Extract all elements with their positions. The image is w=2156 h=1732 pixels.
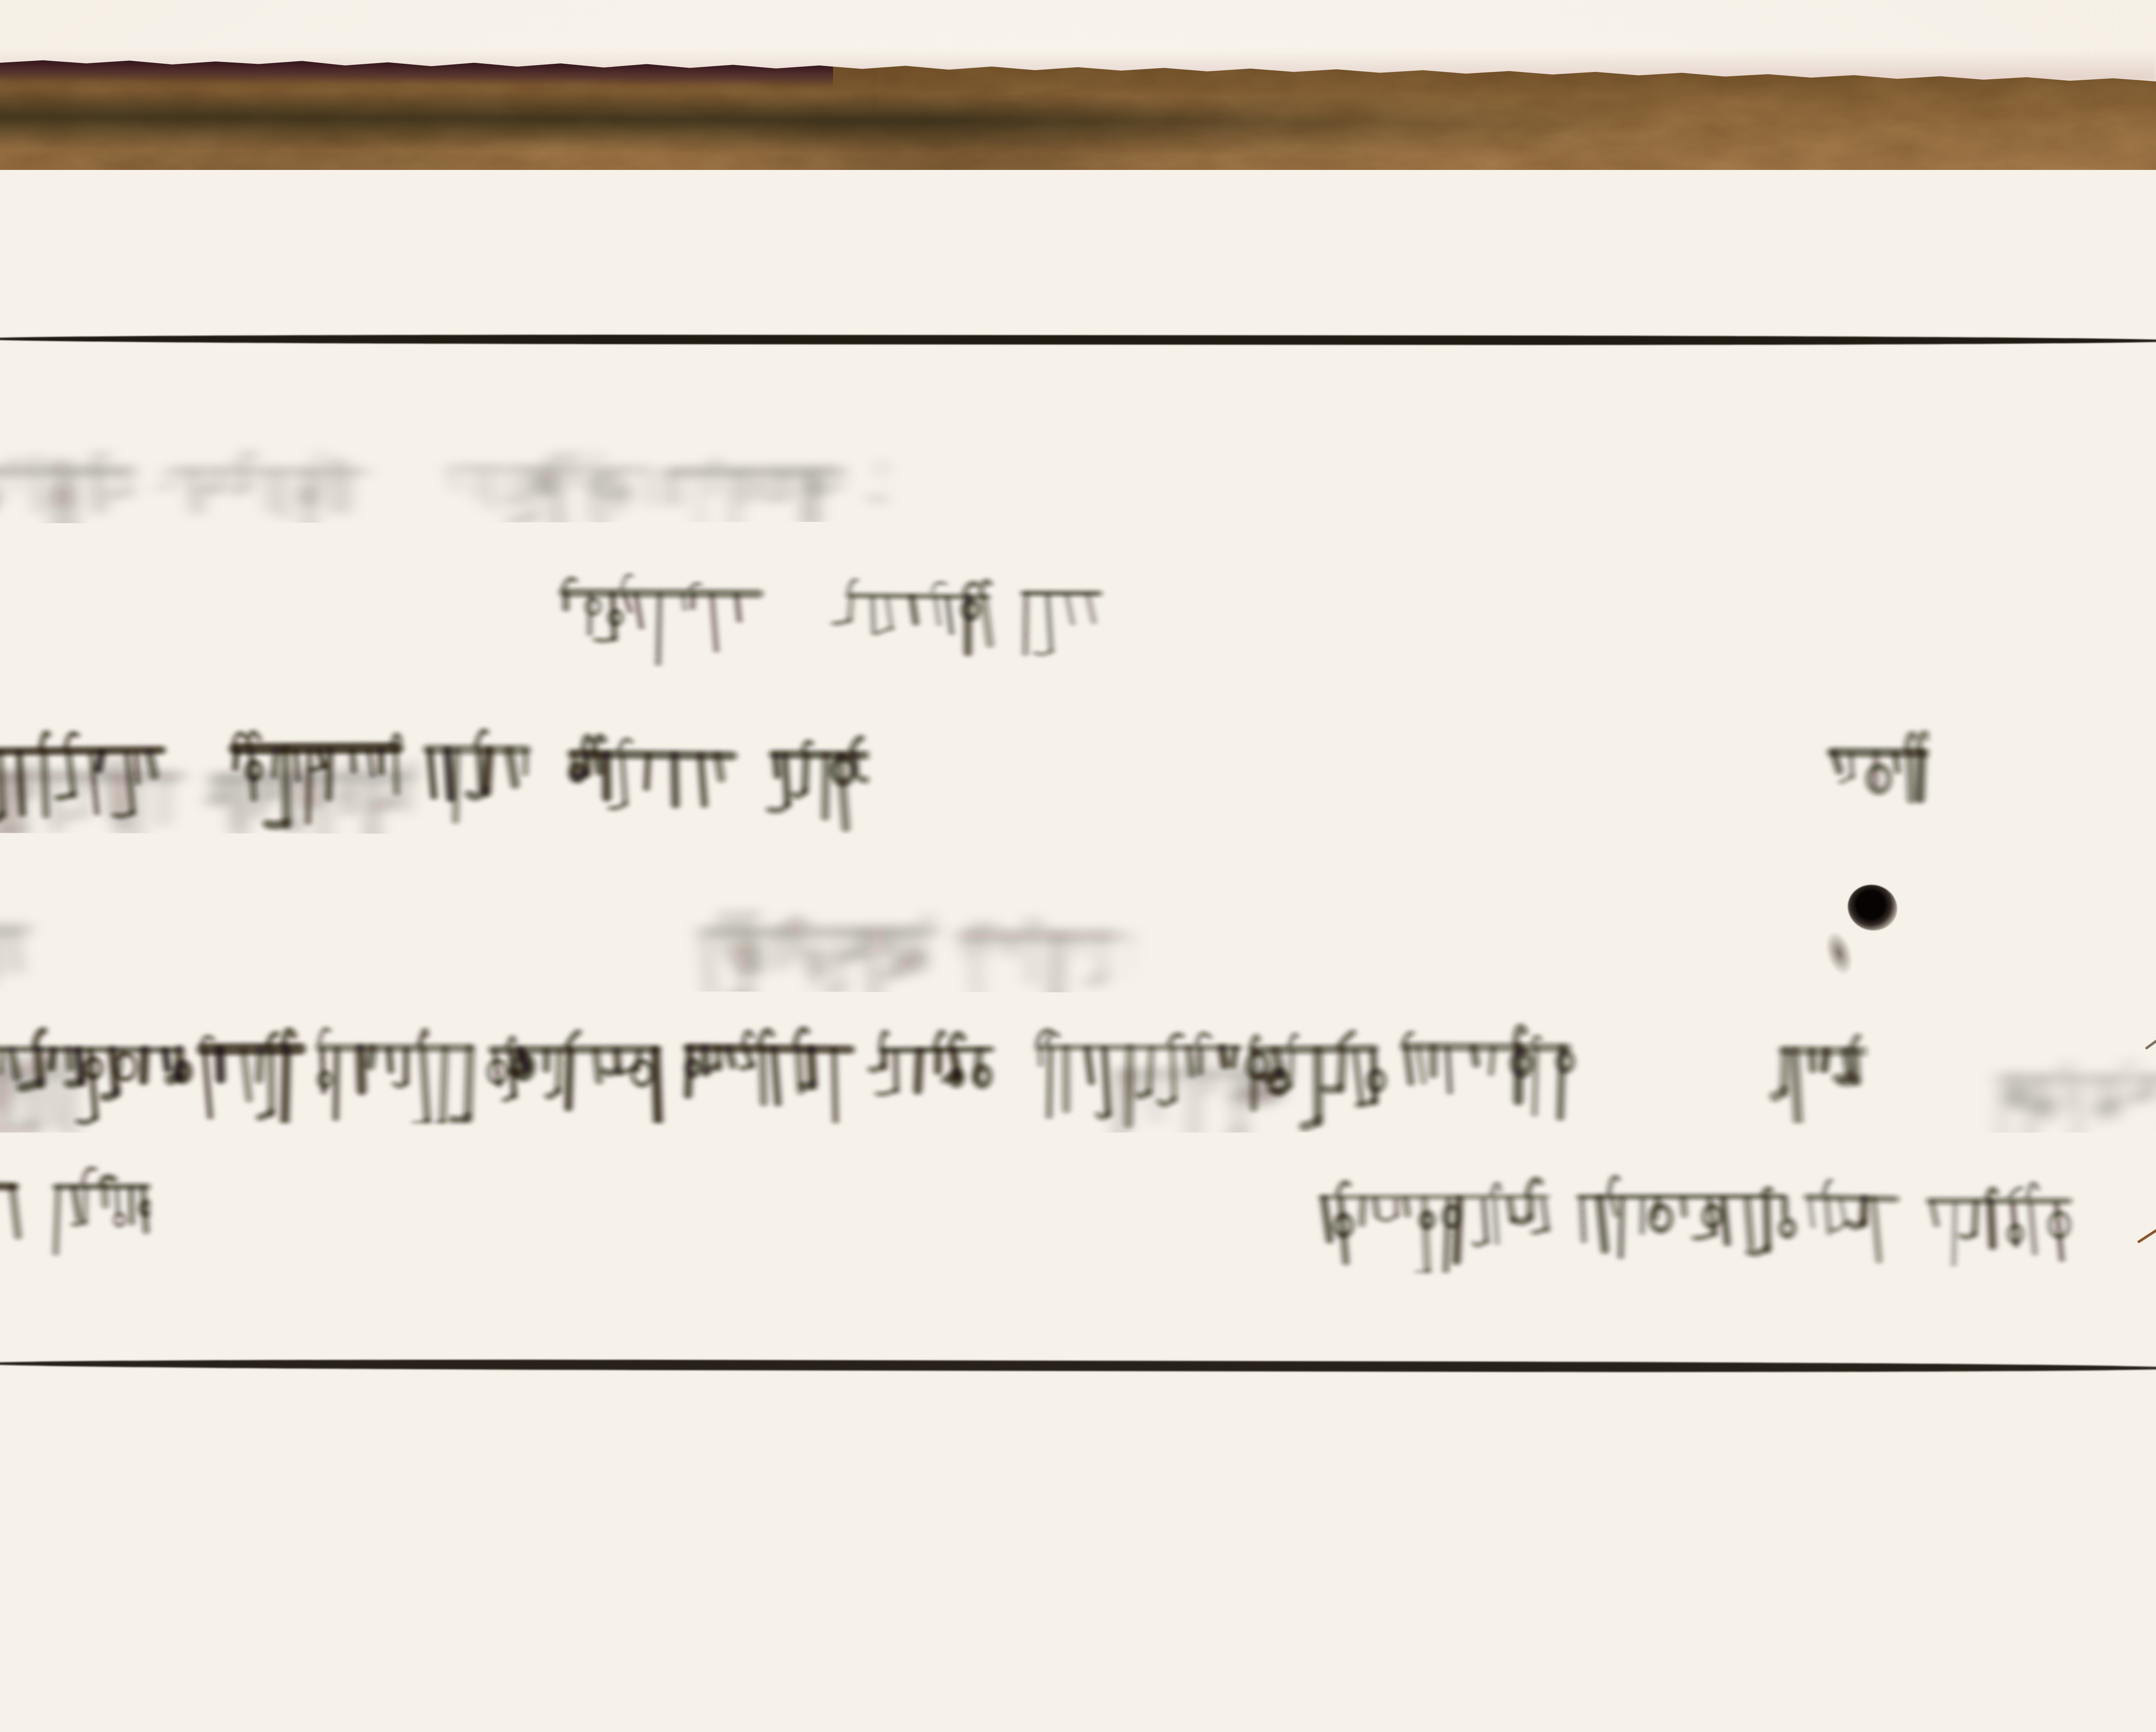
paper-fiber [2109,467,2113,476]
manuscript-photo [0,0,2156,1732]
paper-fiber [1468,938,1498,947]
paper-fiber [614,1491,620,1503]
ink-blotch-smear [1816,922,1862,984]
long-hair-fiber [1125,891,1232,1061]
paper-fiber [1251,911,1296,916]
paper-fiber [1186,1420,1198,1426]
paper-fiber [1046,700,1072,750]
ink-speck [1399,1313,1409,1325]
paper-fiber [876,1591,899,1625]
paper-fiber [896,1274,911,1280]
paper-mottle-texture [0,0,2156,1732]
script-line-1 [0,412,2156,523]
paper-fiber [705,1517,733,1525]
paper-fiber [1007,276,1031,288]
paper-fiber [574,417,581,436]
ink-speck [2086,922,2093,939]
paper-fiber [359,264,373,298]
paper-fiber [830,968,862,1014]
paper-fiber [269,416,293,446]
paper-fiber [2030,281,2033,289]
ink-speck [1181,1247,1185,1252]
paper-fiber [1412,1219,1442,1223]
paper-fiber [29,537,42,550]
paper-fiber [1147,1451,1153,1497]
paper-fiber [76,217,99,229]
paper-fiber [668,227,673,263]
paper-fiber [2024,700,2029,709]
paper-fiber [87,1340,112,1373]
paper-fiber [996,1380,1052,1394]
paper-fiber [861,1037,881,1054]
paper-fiber [2054,365,2058,373]
paper-fiber [302,165,308,204]
fiber-layer [0,0,2156,1732]
paper-fiber [790,165,806,177]
paper-fiber [905,541,924,555]
paper-fiber [45,1374,60,1376]
paper-fiber [901,235,913,264]
paper-fiber [1328,946,1363,986]
paper-fiber [1433,428,1441,434]
paper-fiber [1198,1382,1207,1416]
paper-fiber [737,746,758,759]
paper-fiber [970,1070,977,1109]
long-hair-fiber [1079,1146,1135,1271]
paper-fiber [812,234,850,250]
ink-speck [410,1050,421,1063]
paper-fiber [1714,213,1755,237]
paper-fiber [201,924,221,926]
ink-speck [1465,1558,1475,1572]
paper-fiber [1395,1605,1420,1622]
paper-fiber [1436,246,1440,261]
paper-fiber [1950,188,1995,227]
paper-fiber [1680,1120,1704,1174]
script-line-3 [0,719,2156,837]
paper-fiber [2058,1600,2093,1651]
paper-fiber [504,613,513,636]
paper-fiber [1457,1015,1460,1027]
paper-fiber [639,366,642,375]
paper-fiber [1062,486,1086,507]
paper-fiber [639,1025,677,1048]
ruled-line-top [0,334,2156,346]
ink-speck [377,631,387,638]
paper-fiber [1608,1302,1653,1328]
paper-fiber [165,1101,175,1126]
ink-speck [1192,1198,1201,1207]
paper-fiber [2082,701,2100,710]
paper-fiber [755,901,802,914]
paper-fiber [1607,999,1611,1017]
paper-fiber [1408,1111,1433,1119]
paper-fiber [2071,723,2074,745]
paper-fiber [1854,473,1907,478]
paper-fiber [1546,1608,1552,1614]
paper-fiber [1112,864,1140,879]
paper-fiber [523,1141,541,1155]
paper-fiber [517,1321,528,1355]
ink-speck [1561,924,1569,933]
paper-fiber [1869,1127,1883,1133]
paper-fiber [1473,1078,1476,1104]
paper-fiber [1439,1247,1445,1261]
paper-fiber [798,1004,819,1019]
paper-fiber [2128,1290,2152,1321]
paper-fiber [1013,1554,1027,1583]
script-text-layer [0,0,2156,1732]
paper-fiber [748,1109,780,1147]
paper-fiber [683,1324,713,1343]
paper-fiber [1932,1250,1959,1252]
paper-fiber [1130,453,1162,501]
paper-fiber [1580,571,1596,601]
paper-fiber [856,1495,878,1544]
paper-fiber [1984,151,2002,163]
paper-fiber [1761,1617,1804,1638]
ink-blotch [1843,879,1902,936]
ink-smudge-band [0,90,1725,156]
ink-speck [532,1424,541,1437]
paper-fiber [978,503,1001,506]
paper-fiber [1294,549,1302,586]
paper-fiber [954,685,958,718]
paper-fiber [997,805,1037,843]
paper-fiber [1964,1054,1968,1068]
paper-fiber [856,1404,887,1425]
paper-fiber [359,801,360,838]
paper-fiber [1970,422,1978,441]
paper-fiber [2141,982,2149,987]
ink-speck [923,1068,938,1078]
paper-fiber [1423,1188,1426,1213]
paper-fiber [1674,675,1700,718]
paper-fiber [1567,1038,1573,1050]
paper-fiber [1007,791,1027,798]
paper-fiber [134,417,142,436]
script-line-2 [0,564,2156,673]
paper-fiber [1212,1392,1230,1419]
speck-layer [0,0,2156,1732]
paper-fiber [986,591,988,617]
paper-fiber [1446,1523,1453,1528]
paper-fiber [1706,1140,1722,1159]
paper-fiber [1166,1144,1173,1150]
paper-fiber [2010,1439,2015,1447]
paper-fiber [2145,1019,2156,1050]
ink-speck [1398,1444,1404,1451]
paper-fiber [780,1279,798,1303]
paper-fiber [713,672,720,677]
paper-fiber [1287,390,1304,398]
ink-speck [422,649,436,659]
script-line-6 [0,1154,2156,1285]
paper-fiber [1391,1069,1418,1079]
paper-fiber [2068,1095,2075,1104]
paper-fiber [1567,908,1578,923]
paper-fiber [1713,315,1717,322]
paper-fiber [1770,694,1780,744]
paper-fiber [1550,414,1567,420]
paper-fiber [1599,1095,1614,1113]
paper-fiber [316,649,324,692]
paper-fiber [1361,648,1376,661]
paper-fiber [552,1218,577,1243]
paper-fiber [1391,471,1420,503]
ink-speck [2106,1152,2109,1155]
ruled-line-bottom [0,1358,2156,1373]
paper-fiber [373,260,379,267]
paper-fiber [123,1291,130,1299]
paper-fiber [2020,257,2034,270]
paper-fiber [241,780,248,785]
paper-fiber [612,477,619,483]
paper-fiber [855,758,859,766]
paper-fiber [1368,549,1379,556]
ink-speck [710,629,724,646]
paper-fiber [1704,936,1713,944]
paper-fiber [357,702,375,718]
paper-fiber [47,1377,59,1408]
paper-fiber [1021,1315,1025,1358]
paper-fiber [2118,1529,2140,1533]
paper-fiber [865,307,877,311]
paper-fiber [1865,504,1890,509]
paper-fiber [2137,1214,2156,1243]
paper-fiber [1900,527,1907,531]
paper-fiber [1554,1308,1558,1319]
paper-fiber [1630,1475,1658,1501]
ink-speck [1334,993,1342,999]
long-hair-fiber [459,342,484,492]
paper-fiber [2041,853,2049,865]
long-hair-fiber [1013,829,1106,1100]
paper-fiber [1388,1595,1435,1615]
paper-fiber [1517,1246,1522,1261]
long-hair-fiber [1681,1013,1746,1131]
paper-fiber [95,670,110,686]
script-line-5 [0,1015,2156,1133]
paper-fiber [690,803,700,848]
paper-grain-texture [0,0,2156,1732]
paper-fiber [2042,226,2065,252]
paper-fiber [1037,1140,1056,1151]
paper-fiber [1512,1100,1523,1110]
long-hair-fiber [1569,705,1699,959]
paper-fiber [1711,346,1762,354]
paper-fiber [315,922,332,927]
paper-sheet [0,0,2156,1732]
paper-fiber [1493,1402,1500,1421]
paper-fiber [1243,1328,1251,1337]
paper-fiber [1201,1187,1209,1194]
paper-fiber [730,1482,744,1495]
paper-fiber [1539,437,1547,443]
ink-speck [795,737,799,744]
paper-fiber [432,1608,443,1624]
paper-fiber [388,1566,406,1578]
paper-fiber [2011,1091,2019,1095]
paper-fiber [1459,709,1470,730]
paper-fiber [1670,182,1672,191]
paper-fiber [843,1227,850,1252]
paper-fiber [1544,1547,1560,1590]
paper-fiber [2139,1388,2150,1398]
paper-fiber [206,1313,235,1317]
paper-fiber [1468,559,1516,562]
paper-fiber [1769,913,1780,928]
paper-fiber [1166,265,1179,274]
paper-fiber [315,442,351,457]
